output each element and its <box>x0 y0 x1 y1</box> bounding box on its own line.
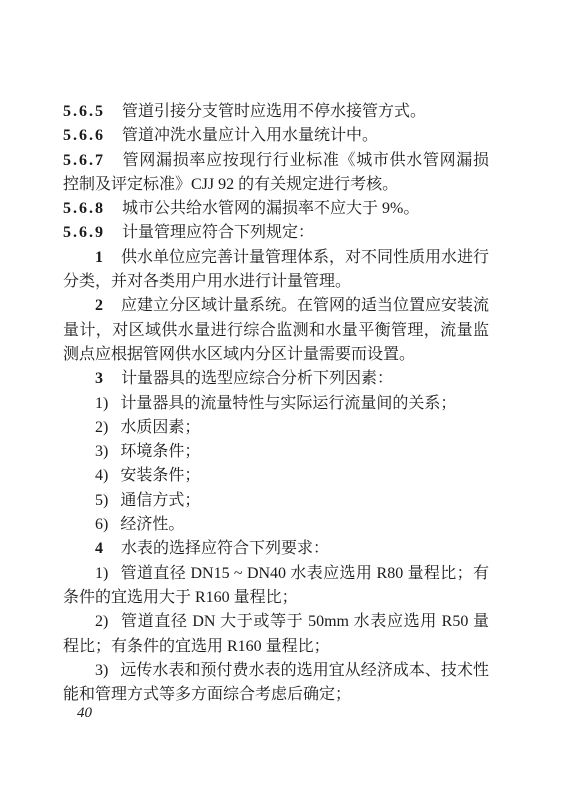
paragraph-text: 水质因素； <box>120 419 200 436</box>
paragraph-number: 5) <box>95 492 108 509</box>
paragraph-number: 2) <box>95 419 108 436</box>
paragraph-text: 水表的选择应符合下列要求： <box>121 540 329 557</box>
paragraph-item: 4水表的选择应符合下列要求： <box>63 537 489 561</box>
paragraph-subitem: 6)经济性。 <box>63 513 489 537</box>
document-body: 5.6.5管道引接分支管时应选用不停水接管方式。5.6.6管道冲洗水量应计入用水… <box>63 100 489 707</box>
paragraph-item: 2应建立分区域计量系统。在管网的适当位置应安装流量计，对区域供水量进行综合监测和… <box>63 294 489 367</box>
paragraph-text: 管道直径 DN 大于或等于 50mm 水表应选用 R50 量程比；有条件的宜选用… <box>63 613 489 654</box>
paragraph-number: 5.6.6 <box>63 127 105 144</box>
paragraph-text: 管道引接分支管时应选用不停水接管方式。 <box>122 103 426 120</box>
paragraph-text: 计量器具的流量特性与实际运行流量间的关系； <box>120 395 456 412</box>
paragraph-text: 供水单位应完善计量管理体系，对不同性质用水进行分类，并对各类用户用水进行计量管理… <box>63 249 489 290</box>
paragraph-number: 2) <box>95 613 108 630</box>
paragraph-subitem: 2)管道直径 DN 大于或等于 50mm 水表应选用 R50 量程比；有条件的宜… <box>63 610 489 659</box>
paragraph-number: 1 <box>95 249 103 266</box>
paragraph-clause: 5.6.5管道引接分支管时应选用不停水接管方式。 <box>63 100 489 124</box>
paragraph-number: 2 <box>95 297 103 314</box>
paragraph-number: 5.6.8 <box>63 200 105 217</box>
paragraph-number: 3) <box>95 443 108 460</box>
paragraph-text: 城市公共给水管网的漏损率不应大于 9%。 <box>122 200 419 217</box>
paragraph-number: 5.6.5 <box>63 103 105 120</box>
paragraph-text: 应建立分区域计量系统。在管网的适当位置应安装流量计，对区域供水量进行综合监测和水… <box>63 297 489 363</box>
paragraph-subitem: 2)水质因素； <box>63 416 489 440</box>
paragraph-text: 计量器具的选型应综合分析下列因素： <box>121 370 393 387</box>
paragraph-number: 5.6.7 <box>63 152 105 169</box>
paragraph-text: 经济性。 <box>120 516 184 533</box>
paragraph-item: 1供水单位应完善计量管理体系，对不同性质用水进行分类，并对各类用户用水进行计量管… <box>63 246 489 295</box>
paragraph-clause: 5.6.7管网漏损率应按现行行业标准《城市供水管网漏损控制及评定标准》CJJ 9… <box>63 149 489 198</box>
page-number: 40 <box>77 701 92 725</box>
paragraph-subitem: 3)远传水表和预付费水表的选用宜从经济成本、技术性能和管理方式等多方面综合考虑后… <box>63 659 489 708</box>
paragraph-subitem: 1)管道直径 DN15 ~ DN40 水表应选用 R80 量程比；有条件的宜选用… <box>63 562 489 611</box>
paragraph-subitem: 1)计量器具的流量特性与实际运行流量间的关系； <box>63 392 489 416</box>
paragraph-item: 3计量器具的选型应综合分析下列因素： <box>63 367 489 391</box>
paragraph-text: 环境条件； <box>120 443 200 460</box>
paragraph-text: 管道冲洗水量应计入用水量统计中。 <box>122 127 378 144</box>
paragraph-number: 6) <box>95 516 108 533</box>
paragraph-subitem: 3)环境条件； <box>63 440 489 464</box>
paragraph-number: 4) <box>95 467 108 484</box>
paragraph-number: 4 <box>95 540 103 557</box>
paragraph-text: 远传水表和预付费水表的选用宜从经济成本、技术性能和管理方式等多方面综合考虑后确定… <box>63 662 489 703</box>
paragraph-text: 管网漏损率应按现行行业标准《城市供水管网漏损控制及评定标准》CJJ 92 的有关… <box>63 152 489 193</box>
paragraph-number: 1) <box>95 395 108 412</box>
paragraph-number: 3 <box>95 370 103 387</box>
paragraph-text: 安装条件； <box>120 467 200 484</box>
paragraph-text: 通信方式； <box>120 492 200 509</box>
paragraph-clause: 5.6.6管道冲洗水量应计入用水量统计中。 <box>63 124 489 148</box>
document-page: 5.6.5管道引接分支管时应选用不停水接管方式。5.6.6管道冲洗水量应计入用水… <box>0 0 561 804</box>
paragraph-clause: 5.6.9计量管理应符合下列规定： <box>63 221 489 245</box>
paragraph-number: 5.6.9 <box>63 224 105 241</box>
paragraph-text: 计量管理应符合下列规定： <box>122 224 314 241</box>
paragraph-text: 管道直径 DN15 ~ DN40 水表应选用 R80 量程比；有条件的宜选用大于… <box>63 565 489 606</box>
paragraph-number: 3) <box>95 662 108 679</box>
paragraph-subitem: 5)通信方式； <box>63 489 489 513</box>
paragraph-clause: 5.6.8城市公共给水管网的漏损率不应大于 9%。 <box>63 197 489 221</box>
paragraph-number: 1) <box>95 565 108 582</box>
paragraph-subitem: 4)安装条件； <box>63 464 489 488</box>
